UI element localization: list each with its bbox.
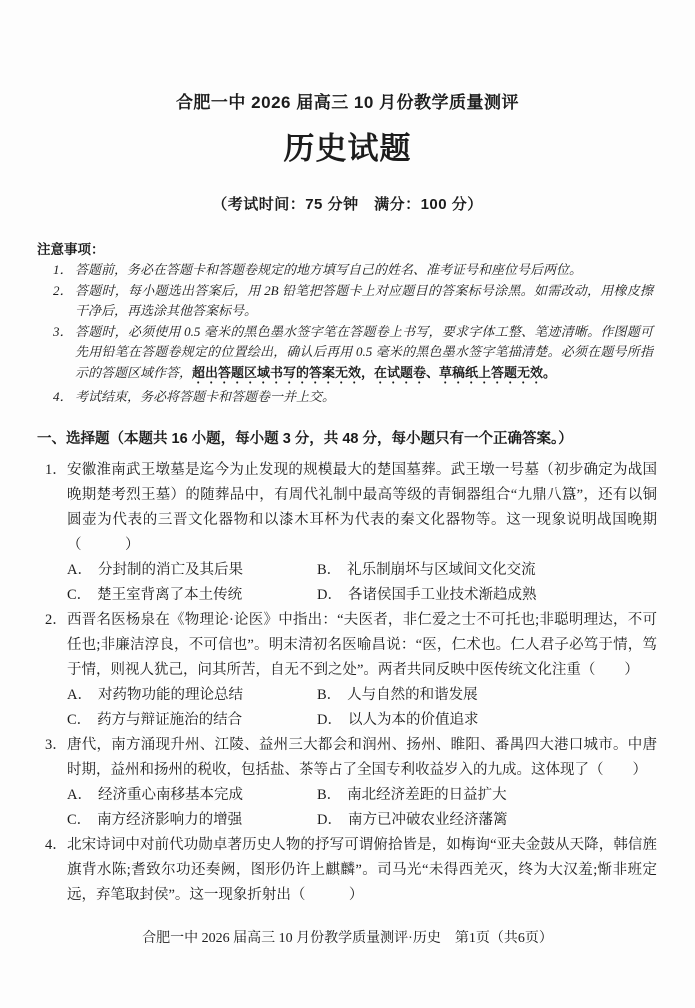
question-stem: 唐代，南方涌现升州、江陵、益州三大都会和润州、扬州、睢阳、番禺四大港口城市。中唐… (67, 737, 657, 778)
question-number: 2． (45, 608, 67, 633)
option-label: D． (317, 712, 342, 728)
option-a: A．分封制的消亡及其后果 (67, 558, 317, 583)
question-1-options: A．分封制的消亡及其后果 B．礼乐制崩坏与区域间文化交流 C．楚王室背离了本土传… (67, 558, 657, 608)
question-3-options: A．经济重心南移基本完成 B．南北经济差距的日益扩大 C．南方经济影响力的增强 … (67, 783, 657, 833)
question-1: 1． 安徽淮南武王墩墓是迄今为止发现的规模最大的楚国墓葬。武王墩一号墓（初步确定… (0, 458, 695, 608)
question-4: 4． 北宋诗词中对前代功勋卓著历史人物的抒写可谓俯拾皆是，如梅询“亚夫金鼓从天降… (0, 833, 695, 908)
note-number: 4． (53, 387, 73, 408)
note-text: 答题前，务必在答题卡和答题卷规定的地方填写自己的姓名、准考证号和座位号后两位。 (75, 262, 582, 277)
option-text: 各诸侯国手工业技术渐趋成熟 (348, 587, 537, 603)
note-number: 1． (53, 260, 73, 281)
notes-section: 注意事项： 1．答题前，务必在答题卡和答题卷规定的地方填写自己的姓名、准考证号和… (0, 239, 695, 407)
question-stem: 北宋诗词中对前代功勋卓著历史人物的抒写可谓俯拾皆是，如梅询“亚夫金鼓从天降，韩信… (67, 837, 657, 903)
note-item-1: 1．答题前，务必在答题卡和答题卷规定的地方填写自己的姓名、准考证号和座位号后两位… (37, 260, 653, 281)
note-item-4: 4．考试结束，务必将答题卡和答题卷一并上交。 (37, 387, 653, 408)
option-text: 人与自然的和谐发展 (347, 687, 478, 703)
option-text: 分封制的消亡及其后果 (98, 562, 243, 578)
option-label: C． (67, 712, 91, 728)
option-c: C．楚王室背离了本土传统 (67, 583, 317, 608)
note-number: 3． (53, 322, 73, 343)
option-text: 南方已冲破农业经济藩篱 (348, 812, 508, 828)
option-label: B． (317, 562, 341, 578)
option-b: B．南北经济差距的日益扩大 (317, 783, 657, 808)
option-text: 对药物功能的理论总结 (98, 687, 243, 703)
option-label: C． (67, 587, 91, 603)
notes-heading: 注意事项： (37, 239, 653, 260)
option-label: D． (317, 587, 342, 603)
note-item-3: 3．答题时，必须使用 0.5 毫米的黑色墨水签字笔在答题卷上书写，要求字体工整、… (37, 322, 653, 387)
question-2: 2． 西晋名医杨泉在《物理论·论医》中指出：“夫医者，非仁爱之士不可托也;非聪明… (0, 608, 695, 733)
note-emphasized-text: 超出答题区域书写的答案无效，在试题卷、草稿纸上答题无效。 (192, 365, 556, 380)
option-label: A． (67, 787, 92, 803)
question-number: 3． (45, 733, 67, 758)
option-c: C．药方与辩证施治的结合 (67, 708, 317, 733)
option-text: 南北经济差距的日益扩大 (347, 787, 507, 803)
option-c: C．南方经济影响力的增强 (67, 808, 317, 833)
question-number: 1． (45, 458, 67, 483)
option-text: 礼乐制崩坏与区域间文化交流 (347, 562, 536, 578)
question-number: 4． (45, 833, 67, 858)
school-header: 合肥一中 2026 届高三 10 月份教学质量测评 (0, 0, 695, 113)
option-label: C． (67, 812, 91, 828)
question-list: 1． 安徽淮南武王墩墓是迄今为止发现的规模最大的楚国墓葬。武王墩一号墓（初步确定… (0, 458, 695, 908)
option-label: B． (317, 787, 341, 803)
question-3: 3． 唐代，南方涌现升州、江陵、益州三大都会和润州、扬州、睢阳、番禺四大港口城市… (0, 733, 695, 833)
option-text: 经济重心南移基本完成 (98, 787, 243, 803)
option-label: A． (67, 562, 92, 578)
note-text: 答题时，每小题选出答案后，用 2B 铅笔把答题卡上对应题目的答案标号涂黑。如需改… (75, 283, 653, 319)
option-a: A．对药物功能的理论总结 (67, 683, 317, 708)
option-label: B． (317, 687, 341, 703)
option-d: D．各诸侯国手工业技术渐趋成熟 (317, 583, 657, 608)
question-stem: 西晋名医杨泉在《物理论·论医》中指出：“夫医者，非仁爱之士不可托也;非聪明理达，… (67, 612, 657, 678)
question-stem: 安徽淮南武王墩墓是迄今为止发现的规模最大的楚国墓葬。武王墩一号墓（初步确定为战国… (67, 462, 657, 553)
option-d: D．南方已冲破农业经济藩篱 (317, 808, 657, 833)
option-text: 南方经济影响力的增强 (97, 812, 242, 828)
section-heading-multiple-choice: 一、选择题（本题共 16 小题，每小题 3 分，共 48 分，每小题只有一个正确… (0, 430, 695, 448)
option-text: 药方与辩证施治的结合 (97, 712, 242, 728)
option-b: B．礼乐制崩坏与区域间文化交流 (317, 558, 657, 583)
note-text: 考试结束，务必将答题卡和答题卷一并上交。 (75, 389, 335, 404)
option-d: D．以人为本的价值追求 (317, 708, 657, 733)
option-a: A．经济重心南移基本完成 (67, 783, 317, 808)
question-2-options: A．对药物功能的理论总结 B．人与自然的和谐发展 C．药方与辩证施治的结合 D．… (67, 683, 657, 733)
exam-time-score-info: （考试时间：75 分钟 满分：100 分） (0, 197, 695, 214)
option-label: A． (67, 687, 92, 703)
option-b: B．人与自然的和谐发展 (317, 683, 657, 708)
option-label: D． (317, 812, 342, 828)
exam-paper-page: 合肥一中 2026 届高三 10 月份教学质量测评 历史试题 （考试时间：75 … (0, 0, 695, 1008)
note-number: 2． (53, 281, 73, 302)
page-footer: 合肥一中 2026 届高三 10 月份教学质量测评·历史 第1页（共6页） (0, 930, 695, 948)
page-title: 历史试题 (0, 132, 695, 166)
option-text: 楚王室背离了本土传统 (97, 587, 242, 603)
option-text: 以人为本的价值追求 (348, 712, 479, 728)
note-item-2: 2．答题时，每小题选出答案后，用 2B 铅笔把答题卡上对应题目的答案标号涂黑。如… (37, 281, 653, 322)
